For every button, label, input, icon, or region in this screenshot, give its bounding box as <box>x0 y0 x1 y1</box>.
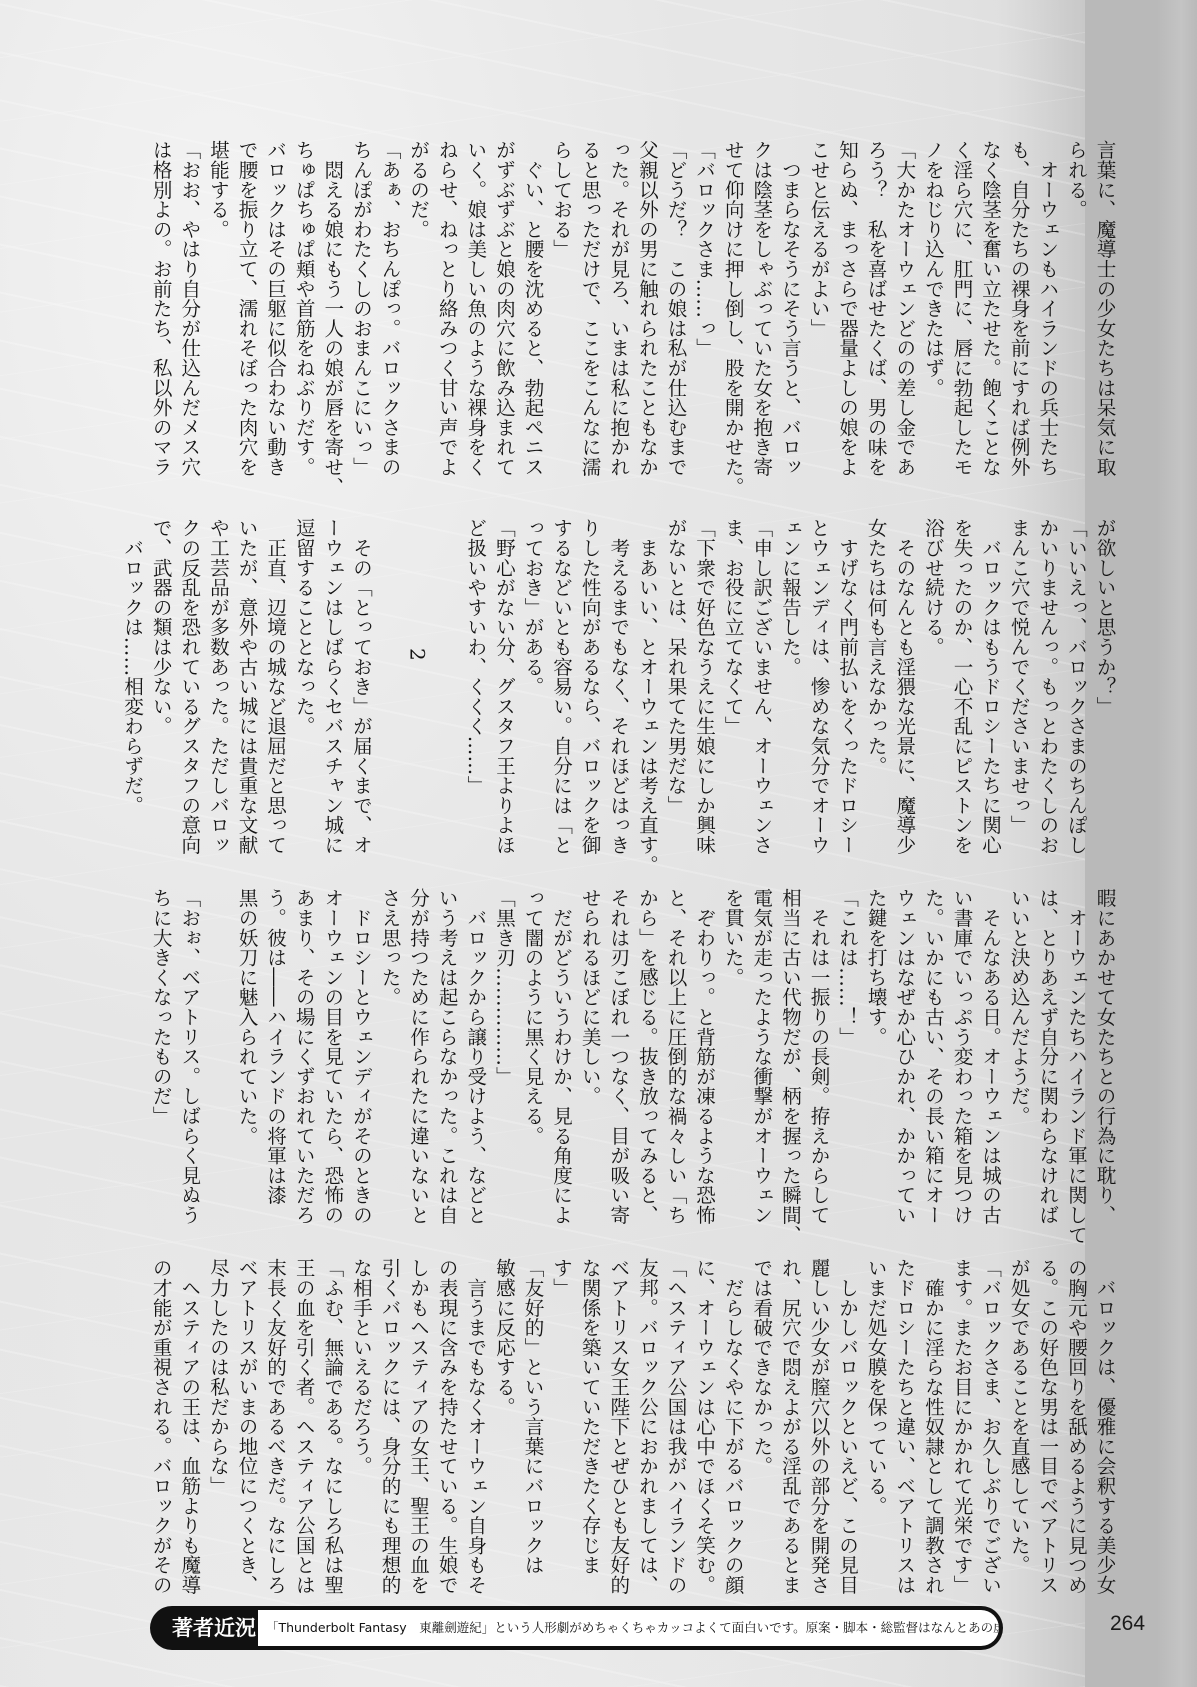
text-column: クの反乱を恐れているグスタフの意向 <box>175 518 203 863</box>
text-column: まあいい、とオーウェンは考え直す。 <box>632 518 660 863</box>
text-column: いいと決め込んだようだ。 <box>1004 888 1032 1233</box>
author-note-label: 著者近況 <box>172 1606 256 1650</box>
text-column: かいりませんっ。もっとわたくしのお <box>1033 518 1061 863</box>
text-column: がないとは、呆れ果てた男だな」 <box>661 518 689 863</box>
text-column: 確かに淫らな性奴隷として調教され <box>918 1258 946 1603</box>
text-column: で腰を振り立て、濡れそぼった肉穴を <box>232 140 260 485</box>
text-column: だらしなくやに下がるバロックの顔 <box>718 1258 746 1603</box>
text-column: 「いいえっ、バロックさまのちんぽし <box>1061 518 1089 863</box>
text-column: がるのだ。 <box>404 140 432 485</box>
text-column: ると思っただけで、ここをこんなに濡 <box>575 140 603 485</box>
text-column: りした性向があるなら、バロックを御 <box>575 518 603 863</box>
text-column: あまり、その場にくずおれていただろ <box>289 888 317 1233</box>
text-column: なく陰茎を奮い立たせた。飽くことな <box>976 140 1004 485</box>
text-column: の表現に含みを持たせている。生娘で <box>432 1258 460 1603</box>
text-column: だがどういうわけか、見る角度によ <box>547 888 575 1233</box>
author-note-text: 「Thunderbolt Fantasy 東離劍遊紀」という人形劇がめちゃくちゃ… <box>258 1610 999 1646</box>
text-column: 「おお、やはり自分が仕込んだメス穴 <box>175 140 203 485</box>
text-column: 「バロックさま……っ」 <box>690 140 718 485</box>
text-column: バロックは、優雅に会釈する美少女 <box>1090 1258 1118 1603</box>
text-column: る。この好色な男は一目でベアトリス <box>1033 1258 1061 1603</box>
text-column: たドロシーたちと違い、ベアトリスは <box>890 1258 918 1603</box>
text-column: ま、お役に立てなくて」 <box>718 518 746 863</box>
text-column: 「バロックさま、お久しぶりでござい <box>976 1258 1004 1603</box>
text-column: ベアトリス女王陛下とぜひとも友好的 <box>604 1258 632 1603</box>
text-column: も、自分たちの裸身を前にすれば例外 <box>1004 140 1032 485</box>
text-column: そのなんとも淫猥な光景に、魔導少 <box>890 518 918 863</box>
text-column: ーウェンはしばらくセバスチャン城に <box>318 518 346 863</box>
text-column: ちゅぱちゅぱ頬や首筋をねぶりだす。 <box>289 140 317 485</box>
text-column: 逗留することとなった。 <box>289 518 317 863</box>
text-column: 「あぁ、おちんぽっ。バロックさまの <box>375 140 403 485</box>
text-column: 浴びせ続ける。 <box>918 518 946 863</box>
text-column: 言葉に、魔導士の少女たちは呆気に取 <box>1090 140 1118 485</box>
text-column: の才能が重視される。バロックがその <box>146 1258 174 1603</box>
text-column: で、武器の類は少ない。 <box>146 518 174 863</box>
text-column: 電気が走ったような衝撃がオーウェン <box>747 888 775 1233</box>
text-column: つまらなそうにそう言うと、バロッ <box>775 140 803 485</box>
text-column: 考えるまでもなく、それほどはっき <box>604 518 632 863</box>
text-column: 女たちは何も言えなかった。 <box>861 518 889 863</box>
text-column: オーウェンの目を見ていたら、恐怖の <box>318 888 346 1233</box>
text-column: の胸元や腰回りを舐めるように見つめ <box>1061 1258 1089 1603</box>
text-column: そんなある日。オーウェンは城の古 <box>976 888 1004 1233</box>
text-column: いく。娘は美しい魚のような裸身をく <box>461 140 489 485</box>
text-column: 「友好的」という言葉にバロックは <box>518 1258 546 1603</box>
text-column: な関係を築いていただきたく存じま <box>575 1258 603 1603</box>
text-column: ドロシーとウェンディがそのときの <box>346 888 374 1233</box>
text-column: せて仰向けに押し倒し、股を開かせた。 <box>718 140 746 485</box>
text-column: オーウェンもハイランドの兵士たち <box>1033 140 1061 485</box>
text-column: いたが、意外や古い城には貴重な文献 <box>232 518 260 863</box>
text-column: 堪能する。 <box>203 140 231 485</box>
text-column: オーウェンたちハイランド軍に関して <box>1061 888 1089 1233</box>
text-column: しかしバロックといえど、この見目 <box>833 1258 861 1603</box>
text-column: バロックから譲り受けよう、などと <box>461 888 489 1233</box>
text-column: 末長く友好的であるべきだ。なにしろ <box>261 1258 289 1603</box>
text-column: や工芸品が多数あった。ただしバロッ <box>203 518 231 863</box>
text-column: ベアトリスがいまの地位につくとき、 <box>232 1258 260 1603</box>
text-column: 麗しい少女が膣穴以外の部分を開発さ <box>804 1258 832 1603</box>
text-column: 「どうだ？ この娘は私が仕込むまで <box>661 140 689 485</box>
text-column: ヘスティアの王は、血筋よりも魔導 <box>175 1258 203 1603</box>
text-column: を失ったのか、一心不乱にピストンを <box>947 518 975 863</box>
text-column: 暇にあかせて女たちとの行為に耽り、 <box>1090 888 1118 1233</box>
text-column: ます。またお目にかかれて光栄です」 <box>947 1258 975 1603</box>
text-column: 悶える娘にもう一人の娘が唇を寄せ、 <box>318 140 346 485</box>
text-column: いう考えは起こらなかった。これは自 <box>432 888 460 1233</box>
text-column: とウェンディは、惨めな気分でオーウ <box>804 518 832 863</box>
text-column: 「下衆で好色なうえに生娘にしか興味 <box>690 518 718 863</box>
text-column: それは刃こぼれ一つなく、目が吸い寄 <box>604 888 632 1233</box>
text-column: は格別よの。お前たち、私以外のマラ <box>146 140 174 485</box>
text-column: しかもヘスティアの女王、聖王の血を <box>404 1258 432 1603</box>
text-column: ウェンはなぜか心ひかれ、かかってい <box>890 888 918 1233</box>
text-column: 「おぉ、ベアトリス。しばらく見ぬう <box>175 888 203 1233</box>
text-column: 黒の妖刀に魅入られていた。 <box>232 888 260 1233</box>
text-column: クは陰茎をしゃぶっていた女を抱き寄 <box>747 140 775 485</box>
text-column: ぐい、と腰を沈めると、勃起ペニス <box>518 140 546 485</box>
text-column: その「とっておき」が届くまで、オ <box>346 518 374 863</box>
text-column: ど扱いやすいわ、くくく……」 <box>461 518 489 863</box>
text-column: な相手といえるだろう。 <box>346 1258 374 1603</box>
text-column: い書庫でいっぷう変わった箱を見つけ <box>947 888 975 1233</box>
text-column: から」を感じる。抜き放ってみると、 <box>632 888 660 1233</box>
text-column: た鍵を打ち壊す。 <box>861 888 889 1233</box>
text-column: っておき」がある。 <box>518 518 546 863</box>
text-column: 尽力したのは私だからな」 <box>203 1258 231 1603</box>
text-column: バロックはその巨躯に似合わない動き <box>261 140 289 485</box>
text-column: 敏感に反応する。 <box>489 1258 517 1603</box>
text-column: こせと伝えるがよい」 <box>804 140 832 485</box>
text-column: れ、尻穴で悶えよがる淫乱であるとま <box>775 1258 803 1603</box>
text-column: く淫ら穴に、肛門に、唇に勃起したモ <box>947 140 975 485</box>
text-column: 正直、辺境の城など退屈だと思って <box>261 518 289 863</box>
text-tier-1: 言葉に、魔導士の少女たちは呆気に取られる。 オーウェンもハイランドの兵士たちも、… <box>140 140 1130 500</box>
text-column: ねらせ、ねっとり絡みつく甘い声でよ <box>432 140 460 485</box>
text-column: 分が持つために作られたに違いないと <box>404 888 432 1233</box>
text-column: って闇のように黒く見える。 <box>518 888 546 1233</box>
text-column: すげなく門前払いをくったドロシー <box>833 518 861 863</box>
text-column: バロックは……相変わらずだ。 <box>118 518 146 863</box>
text-column: は、とりあえず自分に関わらなければ <box>1033 888 1061 1233</box>
text-column: 言うまでもなくオーウェン自身もそ <box>461 1258 489 1603</box>
text-column: まんこ穴で悦んでくださいませっ」 <box>1004 518 1032 863</box>
text-column: を貫いた。 <box>718 888 746 1233</box>
text-column: せられるほどに美しい。 <box>575 888 603 1233</box>
text-tier-4: バロックは、優雅に会釈する美少女の胸元や腰回りを舐めるように見つめる。この好色な… <box>140 1258 1130 1618</box>
text-column: と、それ以上に圧倒的な禍々しい「ち <box>661 888 689 1233</box>
text-tier-2: が欲しいと思うか？」「いいえっ、バロックさまのちんぽしかいりませんっ。もっとわた… <box>140 518 1130 878</box>
text-column: 「大かたオーウェンどのの差し金であ <box>890 140 918 485</box>
text-column: ちに大きくなったものだ」 <box>146 888 174 1233</box>
text-tier-3: 暇にあかせて女たちとの行為に耽り、 オーウェンたちハイランド軍に関しては、とりあ… <box>140 888 1130 1248</box>
text-column: 「ふむ、無論である。なにしろ私は聖 <box>318 1258 346 1603</box>
text-column: ちんぽがわたくしのおまんこにいっ」 <box>346 140 374 485</box>
page-number: 264 <box>1110 1612 1145 1636</box>
text-column: う。彼は――ハイランドの将軍は漆 <box>261 888 289 1233</box>
text-column: 「野心がない分、グスタフ王よりよほ <box>489 518 517 863</box>
text-column: いまだ処女膜を保っている。 <box>861 1258 889 1603</box>
text-column: が欲しいと思うか？」 <box>1090 518 1118 863</box>
text-column: らしておる」 <box>547 140 575 485</box>
text-column: った。それが見ろ、いまは私に抱かれ <box>604 140 632 485</box>
text-column: ぞわりっ。と背筋が凍るような恐怖 <box>690 888 718 1233</box>
text-column: 「黒き刃……………」 <box>489 888 517 1233</box>
text-column: が処女であることを直感していた。 <box>1004 1258 1032 1603</box>
text-column: さえ思った。 <box>375 888 403 1233</box>
text-column: するなどいとも容易い。自分には「と <box>547 518 575 863</box>
text-column: ろう？ 私を喜ばせたくば、男の味を <box>861 140 889 485</box>
page-edge-band <box>1157 0 1197 1687</box>
text-column: 王の血を引く者。ヘスティア公国とは <box>289 1258 317 1603</box>
text-column: 知らぬ、まっさらで器量よしの娘をよ <box>833 140 861 485</box>
text-column: 引くバロックには、身分的にも理想的 <box>375 1258 403 1603</box>
text-column: す」 <box>547 1258 575 1603</box>
text-column: られる。 <box>1061 140 1089 485</box>
text-column: に、オーウェンは心中でほくそ笑む。 <box>690 1258 718 1603</box>
text-column: 友邦。バロック公におかれましては、 <box>632 1258 660 1603</box>
text-column: 「ヘスティア公国は我がハイランドの <box>661 1258 689 1603</box>
text-column: ノをねじり込んできたはず。 <box>918 140 946 485</box>
author-note-bar: 著者近況 「Thunderbolt Fantasy 東離劍遊紀」という人形劇がめ… <box>150 1606 1003 1650</box>
text-column: た。いかにも古い、その長い箱にオー <box>918 888 946 1233</box>
text-column: バロックはもうドロシーたちに関心 <box>976 518 1004 863</box>
text-column: 父親以外の男に触れられたこともなか <box>632 140 660 485</box>
text-column: 「これは……！」 <box>833 888 861 1233</box>
text-column: 相当に古い代物だが、柄を握った瞬間、 <box>775 888 803 1233</box>
text-column: ェンに報告した。 <box>775 518 803 863</box>
text-column: がずぶずぶと娘の肉穴に飲み込まれて <box>489 140 517 485</box>
text-column: 「申し訳ございません、オーウェンさ <box>747 518 775 863</box>
text-column: それは一振りの長剣。拵えからして <box>804 888 832 1233</box>
text-column: では看破できなかった。 <box>747 1258 775 1603</box>
